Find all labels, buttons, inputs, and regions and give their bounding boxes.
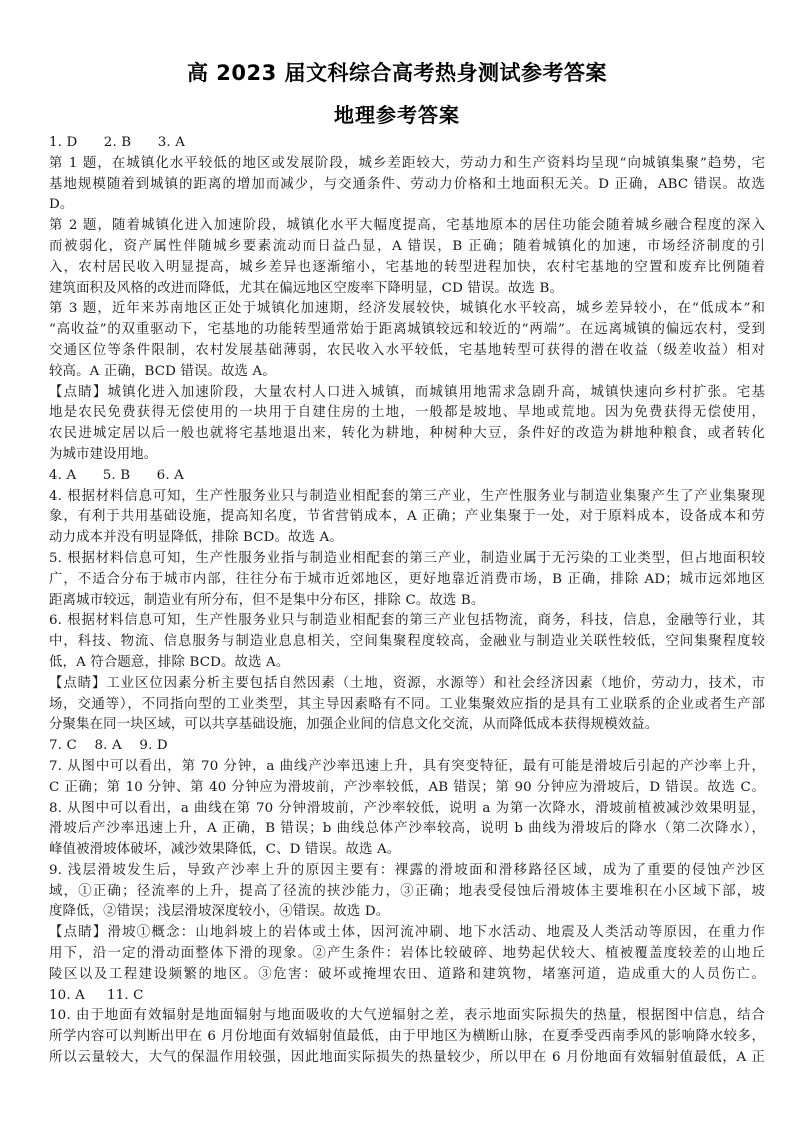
- text-line: 入，农村居民收入明显提高，城乡差异也逐渐缩小，宅基地的转型进程加快，农村宅基地的…: [49, 258, 765, 279]
- text-line: D。: [49, 195, 765, 216]
- text-line: 而被弱化，资产属性伴随城乡要素流动而日益凸显，A 错误，B 正确；随着城镇化的加…: [49, 237, 765, 258]
- document-title: 高 2023 届文科综合高考热身测试参考答案: [0, 57, 794, 87]
- text-line: 域，①正确；径流率的上升，提高了径流的挟沙能力，③正确；地表受侵蚀后滑坡体主要堆…: [49, 882, 765, 903]
- text-line: 用下，沿一定的滑动面整体下滑的现象。②产生条件：岩体比较破碎、地势起伏较大、植被…: [49, 944, 765, 965]
- text-line: 低，A 符合题意，排除 BCD。故选 A。: [49, 653, 765, 674]
- text-line: 为城市建设用地。: [49, 445, 765, 466]
- text-line: 动力成本并没有明显降低，排除 BCD。故选 A。: [49, 528, 765, 549]
- text-line: 农民进城定居以后一般也就将宅基地退出来，转化为耕地，种树种大豆，条件好的改造为耕…: [49, 424, 765, 445]
- text-line: 陵区以及工程建设频繁的地区。③危害：破坏或掩埋农田、道路和建筑物，堵塞河道，造成…: [49, 965, 765, 986]
- text-line: 6. 根据材料信息可知，生产性服务业只与制造业相配套的第三产业包括物流，商务，科…: [49, 611, 765, 632]
- document-page: 高 2023 届文科综合高考热身测试参考答案 地理参考答案 1. D 2. B …: [0, 0, 794, 1123]
- text-line: 【点睛】滑坡①概念：山地斜坡上的岩体或土体，因河流冲刷、地下水活动、地震及人类活…: [49, 923, 765, 944]
- text-line: 第 1 题，在城镇化水平较低的地区或发展阶段，城乡差距较大，劳动力和生产资料均呈…: [49, 154, 765, 175]
- text-line: 距离城市较远，制造业有所分布，但不是集中分布区，排除 C。故选 B。: [49, 591, 765, 612]
- text-line: 第 2 题，随着城镇化进入加速阶段，城镇化水平大幅度提高，宅基地原本的居住功能会…: [49, 216, 765, 237]
- text-line: 7. C 8. A 9. D: [49, 736, 765, 757]
- text-line: 地是农民免费获得无偿使用的一块用于自建住房的土地，一般都是坡地、旱地或荒地。因为…: [49, 403, 765, 424]
- text-line: 交通区位等条件限制，农村发展基础薄弱，农民收入水平较低，宅基地转型可获得的潜在收…: [49, 341, 765, 362]
- text-line: 4. A 5. B 6. A: [49, 466, 765, 487]
- text-line: 峰值被滑坡体破坏，减沙效果降低，C、D 错误。故选 A。: [49, 840, 765, 861]
- text-line: 【点睛】城镇化进入加速阶段，大量农村人口进入城镇，而城镇用地需求急剧升高，城镇快…: [49, 383, 765, 404]
- text-line: 【点睛】工业区位因素分析主要包括自然因素（土地，资源，水源等）和社会经济因素（地…: [49, 674, 765, 695]
- text-line: 4. 根据材料信息可知，生产性服务业只与制造业相配套的第三产业，生产性服务业与制…: [49, 487, 765, 508]
- text-line: 建筑面积及风格的改进而降低，尤其在偏远地区空废率下降明显，CD 错误。故选 B。: [49, 279, 765, 300]
- text-line: 象，有利于共用基础设施，提高知名度，节省营销成本，A 正确；产业集聚于一处，对于…: [49, 507, 765, 528]
- text-line: 10. 由于地面有效辐射是地面辐射与地面吸收的大气逆辐射之差，表示地面实际损失的…: [49, 1006, 765, 1027]
- text-line: 分聚集在同一块区域，可以共享基础设施，加强企业间的信息文化交流，从而降低成本获得…: [49, 715, 765, 736]
- text-line: C 正确；第 10 分钟、第 40 分钟应为滑坡前，产沙率较低，AB 错误；第 …: [49, 778, 765, 799]
- text-line: 7. 从图中可以看出，第 70 分钟，a 曲线产沙率迅速上升，具有突变特征，最有…: [49, 757, 765, 778]
- text-line: 基地规模随着到城镇的距离的增加而减少，与交通条件、劳动力价格和土地面积无关。D …: [49, 175, 765, 196]
- text-line: 5. 根据材料信息可知，生产性服务业指与制造业相配套的第三产业，制造业属于无污染…: [49, 549, 765, 570]
- text-line: 较高。A 正确，BCD 错误。故选 A。: [49, 362, 765, 383]
- text-line: 场，交通等），不同指向型的工业类型，其主导因素略有不同。工业集聚效应指的是具有工…: [49, 695, 765, 716]
- section-title-geography: 地理参考答案: [0, 99, 794, 128]
- text-line: “高收益”的双重驱动下，宅基地的功能转型通常始于距离城镇较远和较近的“两端”。在…: [49, 320, 765, 341]
- text-line: 广，不适合分布于城市内部，往往分布于城市近郊地区，更好地靠近消费市场，B 正确，…: [49, 570, 765, 591]
- text-line: 1. D 2. B 3. A: [49, 133, 765, 154]
- text-line: 8. 从图中可以看出，a 曲线在第 70 分钟滑坡前，产沙率较低，说明 a 为第…: [49, 799, 765, 820]
- text-line: 10. A 11. C: [49, 986, 765, 1007]
- text-line: 所学内容可以判断出甲在 6 月份地面有效辐射值最低，由于甲地区为横断山脉，在夏季…: [49, 1027, 765, 1048]
- text-line: 第 3 题，近年来苏南地区正处于城镇化加速期，经济发展较快，城镇化水平较高，城乡…: [49, 299, 765, 320]
- answer-body: 1. D 2. B 3. A第 1 题，在城镇化水平较低的地区或发展阶段，城乡差…: [49, 133, 765, 1069]
- text-line: 中，科技、物流、信息服务与制造业息息相关，空间集聚程度较高，金融业与制造业关联性…: [49, 632, 765, 653]
- text-line: 度降低，②错误；浅层滑坡深度较小，④错误。故选 D。: [49, 902, 765, 923]
- text-line: 滑坡后产沙率迅速上升，A 正确，B 错误；b 曲线总体产沙率较高，说明 b 曲线…: [49, 819, 765, 840]
- text-line: 所以云量较大，大气的保温作用较强，因此地面实际损失的热量较少，所以甲在 6 月份…: [49, 1048, 765, 1069]
- text-line: 9. 浅层滑坡发生后，导致产沙率上升的原因主要有：裸露的滑坡面和滑移路径区域，成…: [49, 861, 765, 882]
